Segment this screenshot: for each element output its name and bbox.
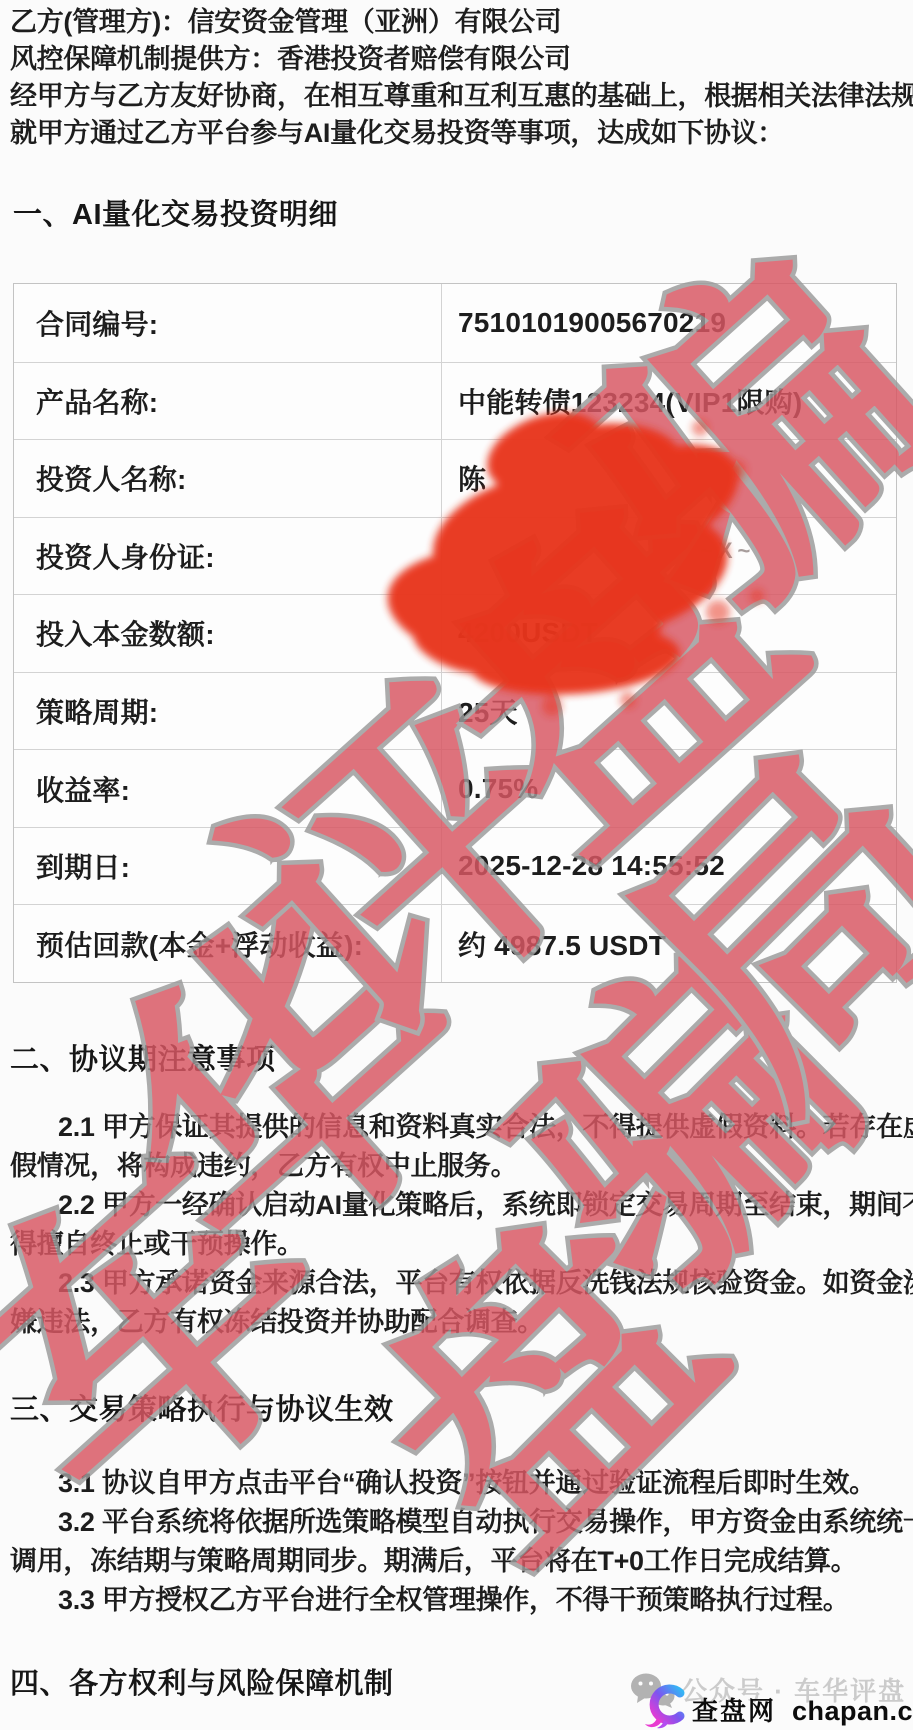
clause-3-3: 3.3 甲方授权乙方平台进行全权管理操作，不得干预策略执行过程。	[10, 1581, 913, 1620]
row-label: 合同编号:	[14, 284, 441, 362]
chapan-logo	[644, 1683, 688, 1729]
row-label: 收益率:	[14, 750, 441, 827]
table-row-principal: 投入本金数额: 4200USDT	[14, 594, 896, 672]
section3-heading: 三、交易策略执行与协议生效	[10, 1387, 394, 1428]
row-value: 2025-12-28 14:55:52	[441, 828, 896, 905]
row-label: 到期日:	[14, 828, 441, 905]
site-name: 查盘网	[692, 1691, 776, 1728]
section3-body: 3.1 协议自甲方点击平台“确认投资”按钮并通过验证流程后即时生效。 3.2 平…	[10, 1464, 913, 1620]
intro-line-party-b: 乙方(管理方)：信安资金管理（亚洲）有限公司	[10, 4, 913, 41]
table-row-product-name: 产品名称: 中能转债123234(VIP1限购)	[14, 362, 896, 440]
table-row-investor-name: 投资人名称: 陈	[14, 439, 896, 517]
table-row-estimated-return: 预估回款(本金+浮动收益): 约 4987.5 USDT	[14, 904, 896, 982]
row-value: 0.75%	[441, 750, 896, 827]
intro-paragraph: 乙方(管理方)：信安资金管理（亚洲）有限公司 风控保障机制提供方：香港投资者赔偿…	[10, 4, 913, 152]
row-value: 中能转债123234(VIP1限购)	[441, 363, 896, 440]
clause-3-2-line2: 调用，冻结期与策略周期同步。期满后，平台将在T+0工作日完成结算。	[10, 1542, 913, 1581]
clause-2-2-line2: 得擅自终止或干预操作。	[10, 1225, 913, 1264]
clause-2-2-line1: 2.2 甲方一经确认启动AI量化策略后，系统即锁定交易周期至结束，期间不	[10, 1186, 913, 1225]
row-value: 约 4987.5 USDT	[441, 905, 896, 982]
row-value-redacted: 陈	[441, 440, 896, 517]
row-label: 投资人身份证:	[14, 518, 441, 595]
intro-line-agreement-2: 就甲方通过乙方平台参与AI量化交易投资等事项，达成如下协议：	[10, 115, 913, 152]
intro-line-agreement-1: 经甲方与乙方友好协商，在相互尊重和互利互惠的基础上，根据相关法律法规，	[10, 78, 913, 115]
row-label: 投入本金数额:	[14, 595, 441, 672]
row-label: 产品名称:	[14, 363, 441, 440]
row-label: 投资人名称:	[14, 440, 441, 517]
row-value: 25天	[441, 673, 896, 750]
section2-heading: 二、协议期注意事项	[10, 1037, 276, 1078]
row-value: 75101019005670219	[441, 284, 896, 362]
contract-screenshot-page: 乙方(管理方)：信安资金管理（亚洲）有限公司 风控保障机制提供方：香港投资者赔偿…	[0, 0, 913, 1730]
intro-line-risk-provider: 风控保障机制提供方：香港投资者赔偿有限公司	[10, 41, 913, 78]
table-row-yield-rate: 收益率: 0.75%	[14, 749, 896, 827]
table-row-strategy-period: 策略周期: 25天	[14, 672, 896, 750]
site-domain: chapan.cc	[792, 1696, 913, 1727]
site-credit: 查盘网 chapan.cc	[692, 1691, 913, 1728]
table-row-maturity-date: 到期日: 2025-12-28 14:55:52	[14, 827, 896, 905]
row-label: 预估回款(本金+浮动收益):	[14, 905, 441, 982]
clause-3-2-line1: 3.2 平台系统将依据所选策略模型自动执行交易操作，甲方资金由系统统一	[10, 1503, 913, 1542]
clause-2-1-line1: 2.1 甲方保证其提供的信息和资料真实合法，不得提供虚假资料。若存在虚	[10, 1108, 913, 1147]
row-value: 4200USDT	[441, 595, 896, 672]
investment-detail-table: 合同编号: 75101019005670219 产品名称: 中能转债123234…	[13, 283, 897, 983]
section2-body: 2.1 甲方保证其提供的信息和资料真实合法，不得提供虚假资料。若存在虚 假情况，…	[10, 1108, 913, 1342]
clause-3-1: 3.1 协议自甲方点击平台“确认投资”按钮并通过验证流程后即时生效。	[10, 1464, 913, 1503]
table-row-investor-id: 投资人身份证:	[14, 517, 896, 595]
clause-2-3-line1: 2.3 甲方承诺资金来源合法，平台有权依据反洗钱法规核验资金。如资金涉	[10, 1264, 913, 1303]
row-value-redacted	[441, 518, 896, 595]
section4-heading: 四、各方权利与风险保障机制	[10, 1661, 394, 1702]
row-label: 策略周期:	[14, 673, 441, 750]
table-row-contract-no: 合同编号: 75101019005670219	[14, 284, 896, 362]
clause-2-1-line2: 假情况，将构成违约，乙方有权中止服务。	[10, 1147, 913, 1186]
redacted-id-remnant: ~X~	[700, 538, 755, 564]
section1-heading: 一、AI量化交易投资明细	[13, 192, 338, 233]
clause-2-3-line2: 嫌违法，乙方有权冻结投资并协助配合调查。	[10, 1303, 913, 1342]
